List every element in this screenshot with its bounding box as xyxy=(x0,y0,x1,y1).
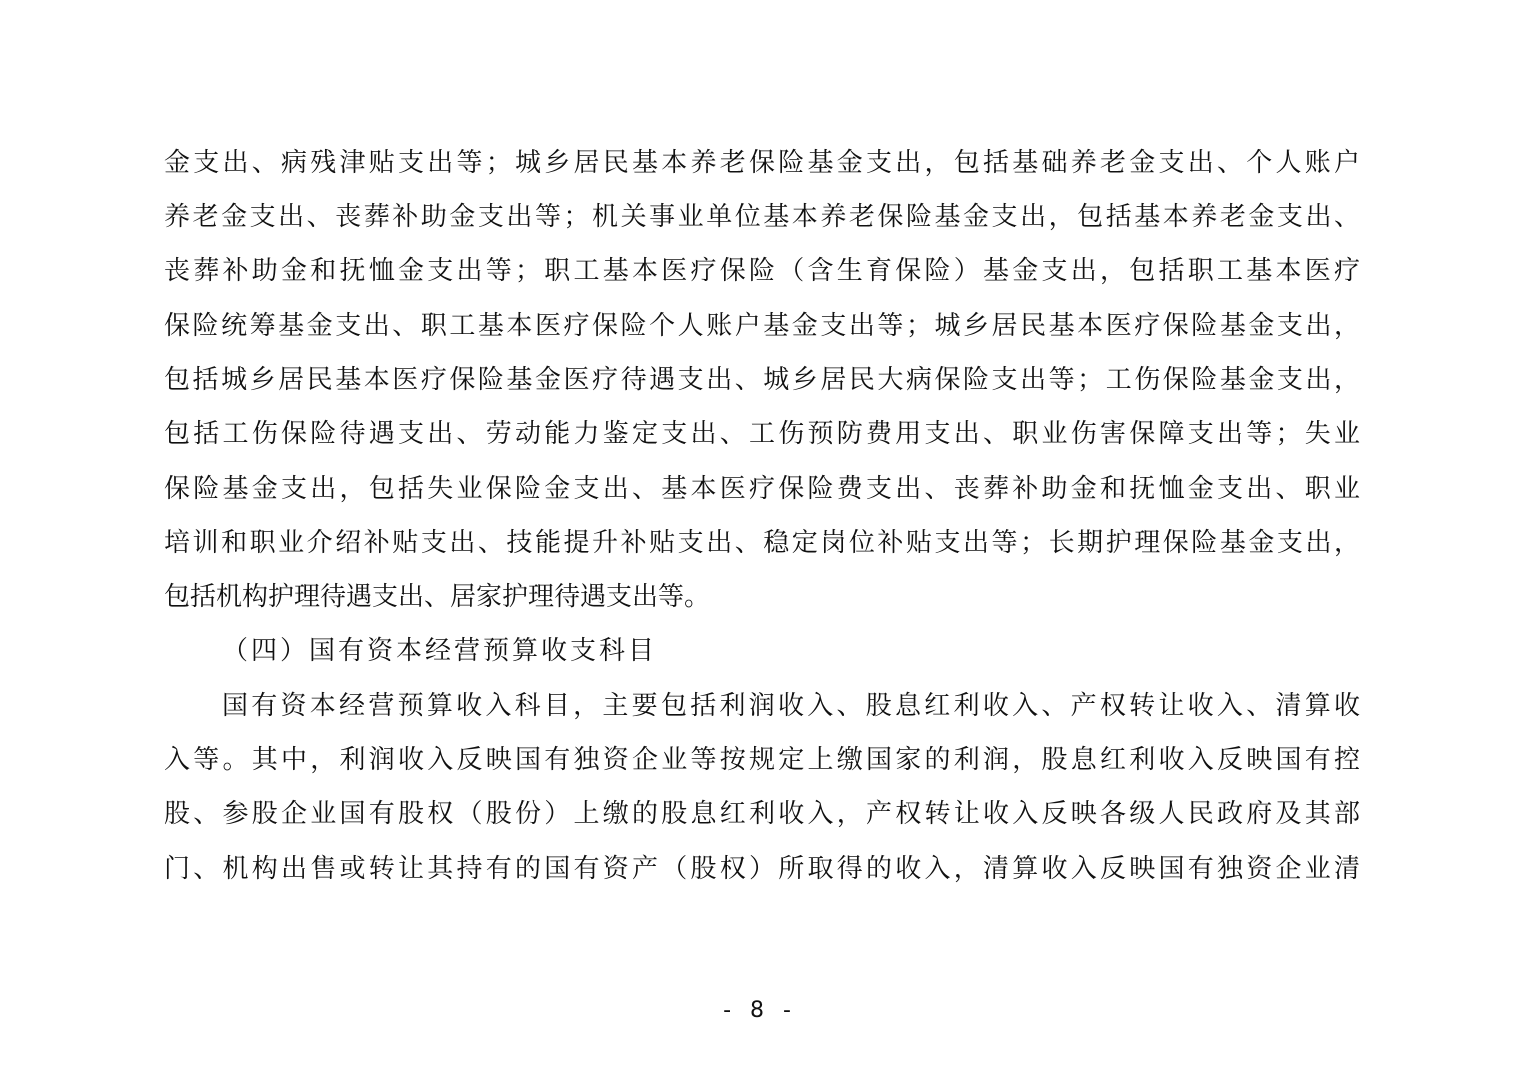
paragraph2-line-4: 门、机构出售或转让其持有的国有资产（股权）所取得的收入，清算收入反映国有独资企业… xyxy=(164,849,1360,889)
body-text-line-1: 金支出、病残津贴支出等；城乡居民基本养老保险基金支出，包括基础养老金支出、个人账… xyxy=(164,143,1360,183)
paragraph2-line-2: 入等。其中，利润收入反映国有独资企业等按规定上缴国家的利润，股息红利收入反映国有… xyxy=(164,740,1360,780)
document-page: 金支出、病残津贴支出等；城乡居民基本养老保险基金支出，包括基础养老金支出、个人账… xyxy=(0,0,1520,1074)
body-text-line-7: 保险基金支出，包括失业保险金支出、基本医疗保险费支出、丧葬补助金和抚恤金支出、职… xyxy=(164,469,1360,509)
body-text-line-2: 养老金支出、丧葬补助金支出等；机关事业单位基本养老保险基金支出，包括基本养老金支… xyxy=(164,197,1360,237)
body-text-line-6: 包括工伤保险待遇支出、劳动能力鉴定支出、工伤预防费用支出、职业伤害保障支出等；失… xyxy=(164,414,1360,454)
body-text-line-9: 包括机构护理待遇支出、居家护理待遇支出等。 xyxy=(164,577,1360,617)
body-text-line-8: 培训和职业介绍补贴支出、技能提升补贴支出、稳定岗位补贴支出等；长期护理保险基金支… xyxy=(164,523,1360,563)
paragraph2-line-3: 股、参股企业国有股权（股份）上缴的股息红利收入，产权转让收入反映各级人民政府及其… xyxy=(164,794,1360,834)
body-text-line-4: 保险统筹基金支出、职工基本医疗保险个人账户基金支出等；城乡居民基本医疗保险基金支… xyxy=(164,306,1360,346)
section-heading: （四）国有资本经营预算收支科目 xyxy=(222,631,657,671)
page-number: - 8 - xyxy=(0,996,1520,1026)
body-text-line-5: 包括城乡居民基本医疗保险基金医疗待遇支出、城乡居民大病保险支出等；工伤保险基金支… xyxy=(164,360,1360,400)
paragraph2-line-1: 国有资本经营预算收入科目，主要包括利润收入、股息红利收入、产权转让收入、清算收 xyxy=(222,686,1360,726)
body-text-line-3: 丧葬补助金和抚恤金支出等；职工基本医疗保险（含生育保险）基金支出，包括职工基本医… xyxy=(164,251,1360,291)
